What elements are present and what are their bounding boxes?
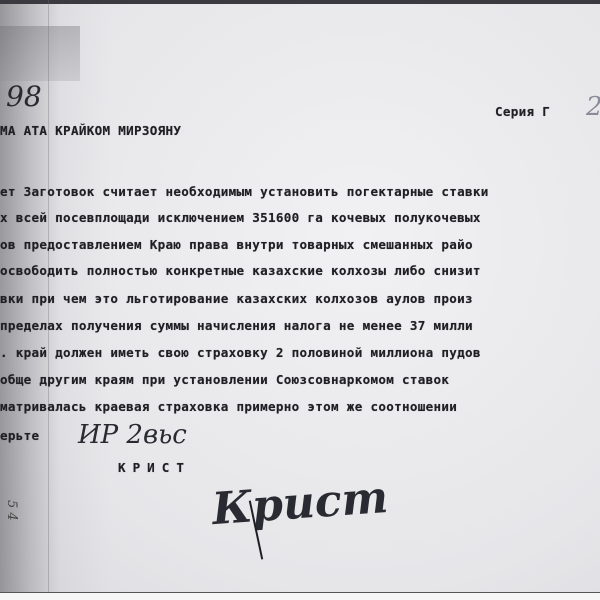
closing-word: ерьте <box>0 428 39 443</box>
body-line-5: вки при чем это льготирование казахских … <box>0 291 473 306</box>
body-line-7: . край должен иметь свою страховку 2 пол… <box>0 345 481 360</box>
handwritten-number-top-left: 98 <box>6 80 42 113</box>
signatory-typed-name: КРИСТ <box>118 460 191 475</box>
handwritten-note: ИР 2вьс <box>78 420 187 450</box>
body-line-6: пределах получения суммы начисления нало… <box>0 318 473 333</box>
body-line-2: х всей посевплощади исключением 351600 г… <box>0 210 481 225</box>
margin-note: 5 4 <box>4 500 19 521</box>
body-line-8: обще другим краям при установлении Союзс… <box>0 372 449 387</box>
series-label: Серия Г <box>495 104 550 119</box>
body-line-3: ов предоставлением Краю права внутри тов… <box>0 237 473 252</box>
handwritten-number-top-right: 2 <box>586 92 600 122</box>
body-line-4: освободить полностью конкретные казахски… <box>0 263 481 278</box>
body-line-1: ет Заготовок считает необходимым установ… <box>0 184 489 199</box>
addressee-line: МА АТА КРАЙКОМ МИРЗОЯНУ <box>0 123 181 138</box>
scan-bottom-border <box>0 592 600 600</box>
scan-shadow <box>0 26 80 81</box>
body-line-9: матривалась краевая страховка примерно э… <box>0 399 457 414</box>
